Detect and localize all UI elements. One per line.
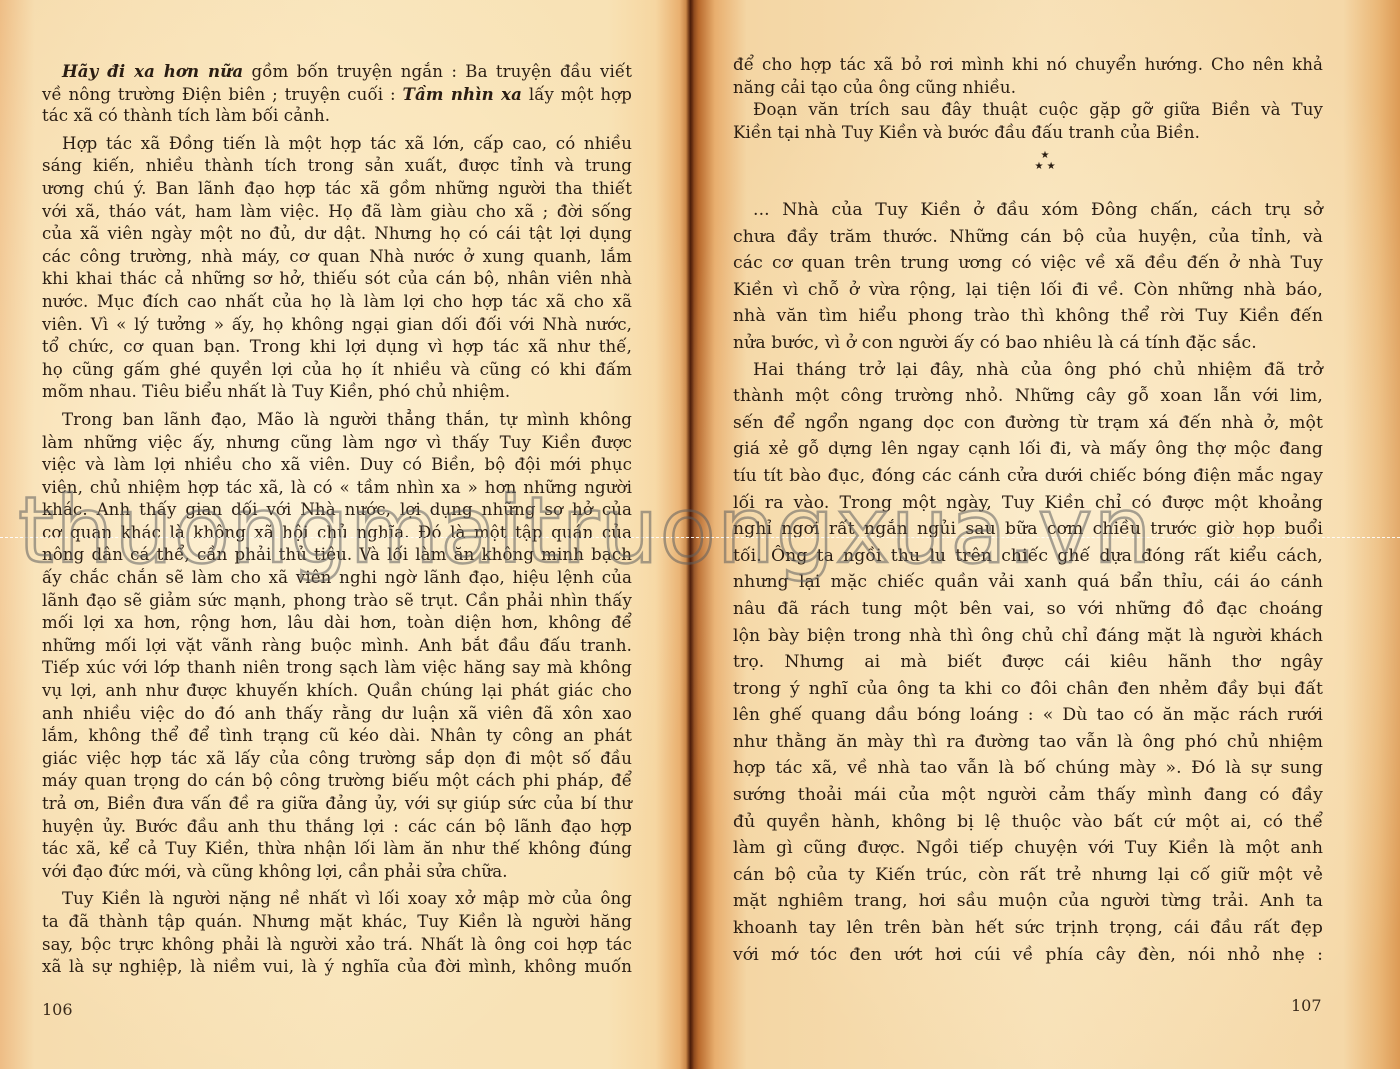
book-title: Tầm nhìn xa — [403, 84, 522, 104]
star-icon-top: ★ — [690, 150, 1400, 161]
text-line: đủ quyền hành, không bị lệ thuộc vào bất… — [733, 809, 1323, 836]
text-line: nông dân cá thể, cần phải thủ tiêu. Và l… — [42, 544, 632, 567]
paragraph: Đoạn văn trích sau đây thuật cuộc gặp gỡ… — [733, 99, 1323, 144]
text-line: mặt nghiêm trang, hơi sầu muộn của người… — [733, 888, 1323, 915]
text-line: các cơ quan trên trung ương có việc về x… — [733, 250, 1323, 277]
text-line: viên. Vì « lý tưởng » ấy, họ không ngại … — [42, 314, 632, 337]
text-line: của xã viên ngày một no đủ, dư dật. Nhưn… — [42, 223, 632, 246]
paragraph: Hợp tác xã Đồng tiến là một hợp tác xã l… — [42, 133, 632, 404]
text-line: khoanh tay lên trên bàn hết sức trịnh tr… — [733, 915, 1323, 942]
text-line: Trong ban lãnh đạo, Mão là người thẳng t… — [42, 409, 632, 432]
text-line: máy quan trọng do cán bộ công trường biế… — [42, 770, 632, 793]
text-line: mối lợi xa hơn, rộng hơn, lâu dài hơn, t… — [42, 612, 632, 635]
text-line: vụ lợi, anh như được khuyến khích. Quần … — [42, 680, 632, 703]
text-line: khác. Anh thấy gian dối với Nhà nước, lợ… — [42, 499, 632, 522]
text-line: tác xã, kể cả Tuy Kiền, thừa nhận lối là… — [42, 838, 632, 861]
text-line: Hai tháng trở lại đây, nhà của ông phó c… — [733, 357, 1323, 384]
text-line: cơ quan khác là không xã hội chủ nghĩa. … — [42, 522, 632, 545]
text-line: về nông trường Điện biên ; truyện cuối :… — [42, 83, 632, 106]
text-line: anh nhiều việc do đó anh thấy rằng dư lu… — [42, 703, 632, 726]
text-line: viên, chủ nhiệm hợp tác xã, là có « tầm … — [42, 477, 632, 500]
text-run: gồm bốn truyện ngắn : Ba truyện đầu viết — [243, 62, 632, 81]
text-line: trong ý nghĩ của ông ta khi co đôi chân … — [733, 676, 1323, 703]
text-line: Kiền tại nhà Tuy Kiền và bước đầu đấu tr… — [733, 122, 1323, 145]
paragraph: Hai tháng trở lại đây, nhà của ông phó c… — [733, 357, 1323, 969]
text-line: việc và làm lợi nhiều cho xã viên. Duy c… — [42, 454, 632, 477]
text-line: mõm nhau. Tiêu biểu nhất là Tuy Kiền, ph… — [42, 381, 632, 404]
text-line: trọ. Nhưng ai mà biết được cái kiêu hãnh… — [733, 649, 1323, 676]
text-line: khi khai thác cả những sơ hở, thiếu sót … — [42, 268, 632, 291]
text-line: như thằng ăn mày thì ra đường tao vẫn là… — [733, 729, 1323, 756]
text-line: hợp tác xã, về nhà tao vẫn là bố chúng m… — [733, 755, 1323, 782]
text-line: nghỉ ngơi rất ngắn ngủi sau bữa cơm chiề… — [733, 516, 1323, 543]
text-line: giá xẻ gỗ dựng lên ngay cạnh lối đi, và … — [733, 436, 1323, 463]
text-line: Hãy đi xa hơn nữa gồm bốn truyện ngắn : … — [42, 60, 632, 83]
text-run: lấy một hợp — [522, 85, 632, 104]
text-line: ta đã thành tập quán. Nhưng mặt khác, Tu… — [42, 911, 632, 934]
text-line: những mối lợi vặt vãnh ràng buộc mình. A… — [42, 635, 632, 658]
text-line: sến để ngổn ngang dọc con đường từ trạm … — [733, 410, 1323, 437]
text-line: ấy chắc chắn sẽ làm cho xã viên nghi ngờ… — [42, 567, 632, 590]
text-line: Đoạn văn trích sau đây thuật cuộc gặp gỡ… — [733, 99, 1323, 122]
text-line: lên ghế quang dầu bóng loáng : « Dù tao … — [733, 702, 1323, 729]
paragraph: ... Nhà của Tuy Kiền ở đầu xóm Đông chấn… — [733, 197, 1323, 357]
text-line: lộn bày biện trong nhà thì ông chủ chỉ đ… — [733, 623, 1323, 650]
text-line: tối. Ông ta ngồi thu lu trên chiếc ghế d… — [733, 543, 1323, 570]
text-line: nước. Mục đích cao nhất của họ là làm lợ… — [42, 291, 632, 314]
text-line: ... Nhà của Tuy Kiền ở đầu xóm Đông chấn… — [733, 197, 1323, 224]
text-line: Tiếp xúc với lớp thanh niên trong sạch l… — [42, 657, 632, 680]
text-line: lắm, không thể để tình trạng cũ kéo dài.… — [42, 725, 632, 748]
text-line: Kiền vì chỗ ở vừa rộng, lại tiện lối đi … — [733, 277, 1323, 304]
text-line: với xã, tháo vát, ham làm việc. Họ đã là… — [42, 201, 632, 224]
text-line: huyện ủy. Bước đầu anh thu thắng lợi : c… — [42, 816, 632, 839]
text-line: làm gì cũng được. Ngồi tiếp chuyện với T… — [733, 835, 1323, 862]
left-page-text: Hãy đi xa hơn nữa gồm bốn truyện ngắn : … — [42, 60, 632, 979]
text-line: để cho hợp tác xã bỏ rơi mình khi nó chu… — [733, 54, 1323, 77]
text-line: chưa đầy trăm thước. Những cán bộ của hu… — [733, 224, 1323, 251]
text-line: say, bộc trực không phải là người xảo tr… — [42, 934, 632, 957]
star-icon-bottom: ★ ★ — [690, 161, 1400, 172]
text-line: tíu tít bào đục, đóng các cánh cửa dưới … — [733, 463, 1323, 490]
text-line: Tuy Kiền là người nặng nề nhất vì lối xo… — [42, 888, 632, 911]
text-line: sáng kiến, nhiều thành tích trong sản xu… — [42, 155, 632, 178]
right-page-intro: để cho hợp tác xã bỏ rơi mình khi nó chu… — [733, 54, 1323, 144]
text-line: lãnh đạo sẽ giảm sức mạnh, phong trào sẽ… — [42, 590, 632, 613]
text-line: làm những việc ấy, nhưng cũng làm ngơ vì… — [42, 432, 632, 455]
section-separator: ★ ★ ★ — [690, 150, 1400, 172]
text-line: năng cải tạo của ông cũng nhiều. — [733, 77, 1323, 100]
open-book: Hãy đi xa hơn nữa gồm bốn truyện ngắn : … — [0, 0, 1400, 1069]
text-line: sướng thoải mái của một người cảm thấy m… — [733, 782, 1323, 809]
page-number-right: 107 — [1291, 996, 1322, 1015]
text-line: nhà văn tìm hiểu phong trào thì không th… — [733, 303, 1323, 330]
text-line: họ cũng gấm ghé quyền lợi của họ ít nhiề… — [42, 359, 632, 382]
text-line: nâu đã rách tung một bên vai, so với nhữ… — [733, 596, 1323, 623]
text-run: về nông trường Điện biên ; truyện cuối : — [42, 85, 403, 104]
text-line: tổ chức, cơ quan bạn. Trong khi lợi dụng… — [42, 336, 632, 359]
right-page-excerpt: ... Nhà của Tuy Kiền ở đầu xóm Đông chấn… — [733, 197, 1323, 968]
paragraph: để cho hợp tác xã bỏ rơi mình khi nó chu… — [733, 54, 1323, 99]
paragraph: Hãy đi xa hơn nữa gồm bốn truyện ngắn : … — [42, 60, 632, 128]
page-number-left: 106 — [42, 1000, 73, 1019]
text-line: nửa bước, vì ở con người ấy có bao nhiêu… — [733, 330, 1323, 357]
left-page: Hãy đi xa hơn nữa gồm bốn truyện ngắn : … — [0, 0, 690, 1069]
text-line: thành một công trường nhỏ. Những cây gỗ … — [733, 383, 1323, 410]
text-line: giác việc hợp tác xã lấy của công trường… — [42, 748, 632, 771]
text-line: tác xã có thành tích làm bối cảnh. — [42, 105, 632, 128]
text-line: xã là sự nghiệp, là niềm vui, là ý nghĩa… — [42, 956, 632, 979]
text-line: với mớ tóc đen ướt hơi cúi về phía cây đ… — [733, 942, 1323, 969]
paragraph: Tuy Kiền là người nặng nề nhất vì lối xo… — [42, 888, 632, 978]
text-line: trả ơn, Biền đưa vấn đề ra giữa đảng ủy,… — [42, 793, 632, 816]
text-run: tác xã có thành tích làm bối cảnh. — [42, 106, 330, 125]
paragraph: Trong ban lãnh đạo, Mão là người thẳng t… — [42, 409, 632, 883]
text-line: cán bộ của ty Kiến trúc, còn rất trẻ như… — [733, 862, 1323, 889]
book-title: Hãy đi xa hơn nữa — [62, 61, 243, 81]
text-line: với đạo đức mới, và cũng không lợi, cần … — [42, 861, 632, 884]
text-line: Hợp tác xã Đồng tiến là một hợp tác xã l… — [42, 133, 632, 156]
text-line: lối ra vào. Trong một ngày, Tuy Kiền chỉ… — [733, 490, 1323, 517]
text-line: các công trường, nhà máy, cơ quan Nhà nư… — [42, 246, 632, 269]
text-line: ương chú ý. Ban lãnh đạo hợp tác xã gồm … — [42, 178, 632, 201]
text-line: nhưng lại mặc chiếc quần vải xanh quá bẩ… — [733, 569, 1323, 596]
